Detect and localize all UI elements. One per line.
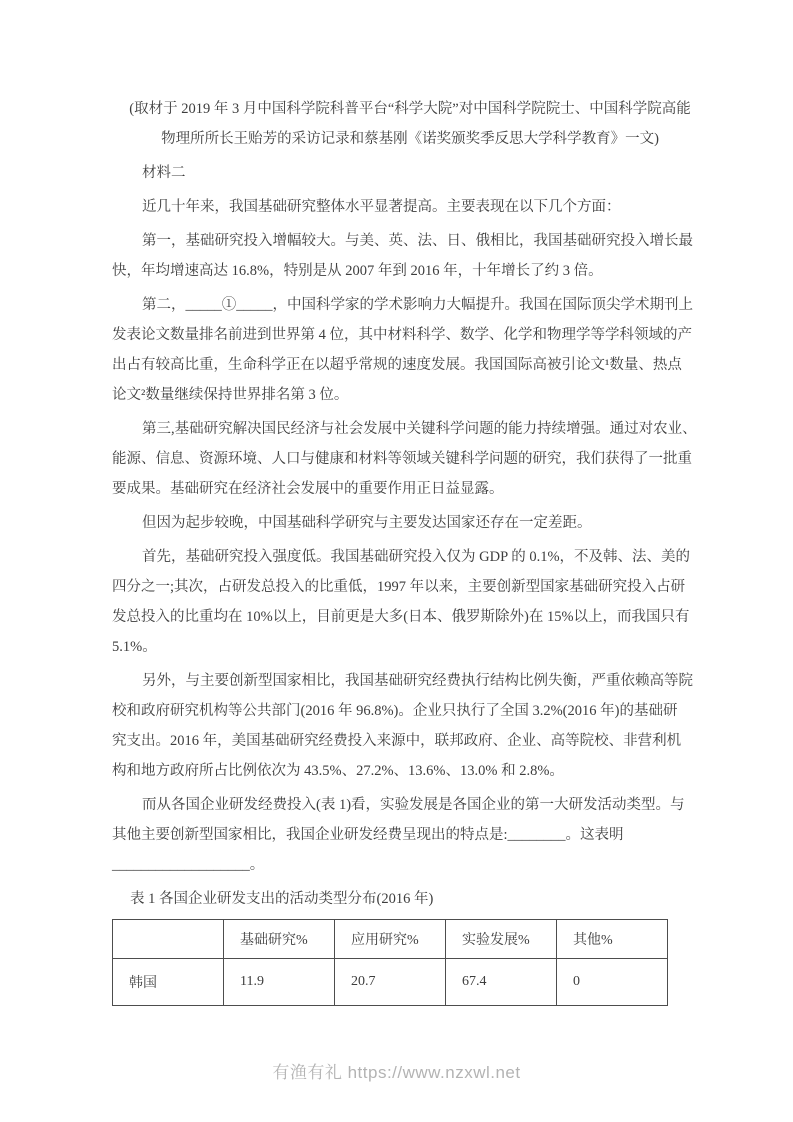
- text-line: (取材于 2019 年 3 月中国科学院科普平台“科学大院”对中国科学院院士、中…: [112, 94, 708, 124]
- point-one-paragraph: 第一，基础研究投入增幅较大。与美、英、法、日、俄相比，我国基础研究投入增长最快，…: [112, 226, 708, 286]
- text-line: 首先，基础研究投入强度低。我国基础研究投入仅为 GDP 的 0.1%，不及韩、法…: [112, 542, 708, 572]
- point-two-paragraph: 第二，_____①_____，中国科学家的学术影响力大幅提升。我国在国际顶尖学术…: [112, 290, 708, 410]
- text-line: 出占有较高比重，生命科学正在以超乎常规的速度发展。我国国际高被引论文¹数量、热点: [112, 350, 708, 380]
- text-line: 第二，_____①_____，中国科学家的学术影响力大幅提升。我国在国际顶尖学术…: [112, 290, 708, 320]
- table-cell: 67.4: [446, 959, 557, 1006]
- watermark: 有渔有礼 https://www.nzxwl.net: [0, 1058, 793, 1083]
- text-line: 四分之一;其次，占研发总投入的比重低，1997 年以来，主要创新型国家基础研究投…: [112, 572, 708, 602]
- text-line: 而从各国企业研发经费投入(表 1)看，实验发展是各国企业的第一大研发活动类型。与: [112, 790, 708, 820]
- table-cell: 20.7: [335, 959, 446, 1006]
- text-line: 其他主要创新型国家相比，我国企业研发经费呈现出的特点是:________。这表明: [112, 820, 708, 850]
- text-line: 能源、信息、资源环境、人口与健康和材料等领域关键科学问题的研究，我们获得了一批重: [112, 444, 708, 474]
- intro-paragraph: 近几十年来，我国基础研究整体水平显著提高。主要表现在以下几个方面：: [112, 192, 708, 222]
- text-line: 论文²数量继续保持世界排名第 3 位。: [112, 380, 708, 410]
- paragraphs-container: (取材于 2019 年 3 月中国科学院科普平台“科学大院”对中国科学院院士、中…: [112, 94, 708, 880]
- structure-imbalance-paragraph: 另外，与主要创新型国家相比，我国基础研究经费执行结构比例失衡，严重依赖高等院校和…: [112, 666, 708, 786]
- table-cell: 韩国: [113, 959, 224, 1006]
- table-cell: 11.9: [224, 959, 335, 1006]
- table-caption: 表 1 各国企业研发支出的活动类型分布(2016 年): [112, 884, 708, 914]
- text-line: 物理所所长王贻芳的采访记录和蔡基刚《诺奖颁奖季反思大学科学教育》一文): [112, 124, 708, 154]
- text-line: 要成果。基础研究在经济社会发展中的重要作用正日益显露。: [112, 474, 708, 504]
- table-header-cell: 基础研究%: [224, 920, 335, 959]
- source-attribution: (取材于 2019 年 3 月中国科学院科普平台“科学大院”对中国科学院院士、中…: [112, 94, 708, 154]
- text-line: 但因为起步较晚，中国基础科学研究与主要发达国家还存在一定差距。: [112, 508, 708, 538]
- text-line: 发表论文数量排名前进到世界第 4 位，其中材料科学、数学、化学和物理学等学科领域…: [112, 320, 708, 350]
- text-line: 究支出。2016 年，美国基础研究经费投入来源中，联邦政府、企业、高等院校、非营…: [112, 726, 708, 756]
- gap-statement-paragraph: 但因为起步较晚，中国基础科学研究与主要发达国家还存在一定差距。: [112, 508, 708, 538]
- enterprise-rnd-paragraph: 而从各国企业研发经费投入(表 1)看，实验发展是各国企业的第一大研发活动类型。与…: [112, 790, 708, 880]
- table-header-row: 基础研究%应用研究%实验发展%其他%: [113, 920, 668, 959]
- text-line: 快，年均增速高达 16.8%，特别是从 2007 年到 2016 年，十年增长了…: [112, 256, 708, 286]
- activity-distribution-table: 基础研究%应用研究%实验发展%其他%韩国11.920.767.40: [112, 919, 668, 1006]
- text-line: 5.1%。: [112, 632, 708, 662]
- text-line: 构和地方政府所占比例依次为 43.5%、27.2%、13.6%、13.0% 和 …: [112, 756, 708, 786]
- text-line: 另外，与主要创新型国家相比，我国基础研究经费执行结构比例失衡，严重依赖高等院: [112, 666, 708, 696]
- table-header-cell: [113, 920, 224, 959]
- table-header-cell: 应用研究%: [335, 920, 446, 959]
- text-line: 近几十年来，我国基础研究整体水平显著提高。主要表现在以下几个方面：: [112, 192, 708, 222]
- text-line: 第一，基础研究投入增幅较大。与美、英、法、日、俄相比，我国基础研究投入增长最: [112, 226, 708, 256]
- table-header-cell: 实验发展%: [446, 920, 557, 959]
- text-line: 材料二: [112, 158, 708, 188]
- material-two-heading: 材料二: [112, 158, 708, 188]
- table-header-cell: 其他%: [557, 920, 668, 959]
- table-cell: 0: [557, 959, 668, 1006]
- text-line: ___________________。: [112, 850, 708, 880]
- text-line: 第三,基础研究解决国民经济与社会发展中关键科学问题的能力持续增强。通过对农业、: [112, 414, 708, 444]
- text-line: 发总投入的比重均在 10%以上，目前更是大多(日本、俄罗斯除外)在 15%以上，…: [112, 602, 708, 632]
- first-weakness-paragraph: 首先，基础研究投入强度低。我国基础研究投入仅为 GDP 的 0.1%，不及韩、法…: [112, 542, 708, 662]
- point-three-paragraph: 第三,基础研究解决国民经济与社会发展中关键科学问题的能力持续增强。通过对农业、能…: [112, 414, 708, 504]
- document-body: (取材于 2019 年 3 月中国科学院科普平台“科学大院”对中国科学院院士、中…: [112, 94, 708, 1006]
- text-line: 校和政府研究机构等公共部门(2016 年 96.8%)。企业只执行了全国 3.2…: [112, 696, 708, 726]
- table-row: 韩国11.920.767.40: [113, 959, 668, 1006]
